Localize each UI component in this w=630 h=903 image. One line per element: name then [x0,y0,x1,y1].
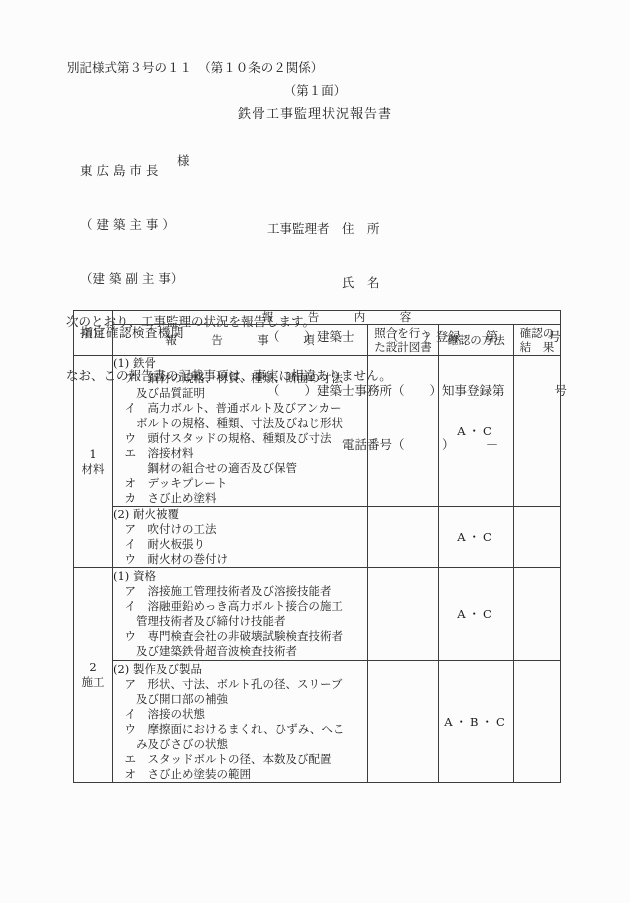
addressee-mayor: 東 広 島 市 長 [80,162,184,180]
item-number: 1 [74,447,112,462]
report-item-line: エ 溶接材料 [113,446,367,461]
header-confirm-result: 確認の結 果 [514,325,561,356]
report-table: 項目 報 告 内 容 報 告 事 項 照合を行った設計図書 確認の方法 確認の結… [73,310,561,783]
report-item-line: ボルトの規格、種類、寸法及びねじ形状 [113,416,367,431]
result-cell [514,356,561,507]
report-item-line: み及びさびの状態 [113,737,367,752]
report-item-line: イ 溶接の状態 [113,707,367,722]
header-confirm-method: 確認の方法 [439,325,514,356]
method-cell: A・C [439,568,514,661]
addressee-building-official: （ 建 築 主 事 ） [80,216,184,234]
report-item-line: (1) 鉄骨 [113,356,367,371]
report-item-line: 及び建築鉄骨超音波検査技術者 [113,644,367,659]
header-report-items: 報 告 事 項 [113,325,368,356]
report-item-line: (2) 製作及び製品 [113,662,367,677]
drawings-cell [368,661,439,783]
report-item-line: カ さび止め塗料 [113,491,367,506]
header-confirm-result-line2: 結 果 [514,340,560,354]
report-item-line: イ 高力ボルト、普通ボルト及びアンカー [113,401,367,416]
document-page: { "page": { "form_number": "別記様式第３号の１１ （… [0,0,630,903]
report-item-line: (1) 資格 [113,569,367,584]
item-cell-materials: 1材料 [74,356,113,568]
page-face-label: （第１面） [0,81,630,99]
report-item-line: 及び開口部の補強 [113,692,367,707]
report-item-line: (2) 耐火被覆 [113,507,367,522]
report-item-line: イ 溶融亜鉛めっき高力ボルト接合の施工 [113,599,367,614]
report-item-line: ウ 専門検査会社の非破壊試験検査技術者 [113,629,367,644]
drawings-cell [368,568,439,661]
report-item-line: ア 形状、寸法、ボルト孔の径、スリーブ [113,677,367,692]
report-item-line: ウ 耐火材の巻付け [113,552,367,567]
item-label: 材料 [74,462,112,477]
header-confirm-result-line1: 確認の [514,326,560,340]
report-item-line: ア 吹付けの工法 [113,522,367,537]
result-cell [514,568,561,661]
report-item-line: ウ 頭付スタッドの規格、種類及び寸法 [113,431,367,446]
report-items-cell-fabrication: (2) 製作及び製品 ア 形状、寸法、ボルト孔の径、スリーブ 及び開口部の補強 … [113,661,368,783]
method-cell: A・C [439,356,514,507]
method-cell: A・C [439,507,514,568]
header-item: 項目 [74,311,113,356]
result-cell [514,507,561,568]
honorific-sama: 様 [177,152,190,170]
report-item-line: オ デッキプレート [113,476,367,491]
item-label: 施工 [74,675,112,690]
report-item-line: 管理技術者及び締付け技能者 [113,614,367,629]
item-number: 2 [74,660,112,675]
report-items-cell-fireproof: (2) 耐火被覆 ア 吹付けの工法 イ 耐火板張り ウ 耐火材の巻付け [113,507,368,568]
header-report-content: 報 告 内 容 [113,311,561,325]
method-cell: A・B・C [439,661,514,783]
report-item-line: 鋼材の組合せの適否及び保管 [113,461,367,476]
item-cell-construction: 2施工 [74,568,113,783]
supervisor-address-line: 工事監理者 住 所 [267,220,567,238]
report-item-line: ウ 摩擦面におけるまくれ、ひずみ、へこ [113,722,367,737]
form-number: 別記様式第３号の１１ （第１０条の２関係） [67,58,323,76]
header-checked-drawings-line2: た設計図書 [368,340,438,354]
result-cell [514,661,561,783]
report-item-line: ア 鋼材の規格、材質、種類、断面の寸法 [113,371,367,386]
report-items-cell-steel: (1) 鉄骨 ア 鋼材の規格、材質、種類、断面の寸法 及び品質証明 イ 高力ボル… [113,356,368,507]
drawings-cell [368,356,439,507]
report-item-line: ア 溶接施工管理技術者及び溶接技能者 [113,584,367,599]
report-item-line: エ スタッドボルトの径、本数及び配置 [113,752,367,767]
report-item-line: イ 耐火板張り [113,537,367,552]
report-item-line: 及び品質証明 [113,386,367,401]
header-checked-drawings: 照合を行った設計図書 [368,325,439,356]
drawings-cell [368,507,439,568]
report-item-line: オ さび止め塗装の範囲 [113,767,367,782]
report-items-cell-qualification: (1) 資格 ア 溶接施工管理技術者及び溶接技能者 イ 溶融亜鉛めっき高力ボルト… [113,568,368,661]
header-checked-drawings-line1: 照合を行っ [368,326,438,340]
document-title: 鉄骨工事監理状況報告書 [0,103,630,122]
